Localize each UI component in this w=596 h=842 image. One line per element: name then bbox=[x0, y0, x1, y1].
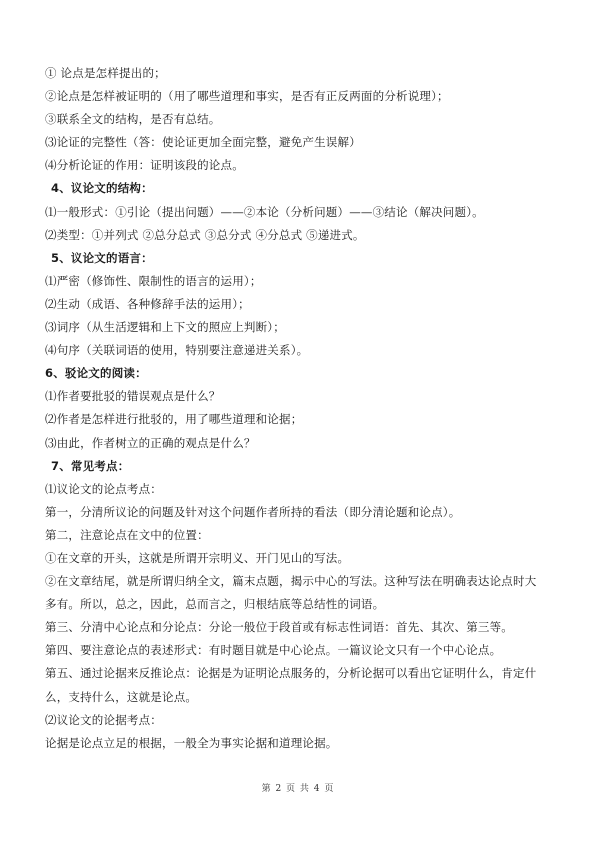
section-heading-structure: 4、议论文的结构： bbox=[45, 177, 555, 200]
list-item: ⑵类型：①并列式 ②总分总式 ③总分式 ④分总式 ⑤递进式。 bbox=[45, 224, 555, 247]
list-item: ⑴严密（修饰性、限制性的语言的运用）； bbox=[45, 270, 555, 293]
section-heading-language: 5、议论文的语言： bbox=[45, 247, 555, 270]
list-item: ⑵议论文的论据考点： bbox=[45, 709, 555, 732]
list-item: ⑴作者要批驳的错误观点是什么？ bbox=[45, 385, 555, 408]
list-item: ⑵生动（成语、各种修辞手法的运用）； bbox=[45, 293, 555, 316]
page-footer: 第 2 页 共 4 页 bbox=[0, 781, 596, 794]
section-heading-exam-points: 7、常见考点： bbox=[45, 455, 555, 478]
list-item: ⑴议论文的论点考点： bbox=[45, 478, 555, 501]
document-body: ① 论点是怎样提出的； ②论点是怎样被证明的（用了哪些道理和事实，是否有正反两面… bbox=[45, 62, 555, 755]
paragraph: 第五、通过论据来反推论点：论据是为证明论点服务的，分析论据可以看出它证明什么，肯… bbox=[45, 662, 555, 685]
list-item: ⑷句序（关联词语的使用，特别要注意递进关系）。 bbox=[45, 339, 555, 362]
list-item: ⑶词序（从生活逻辑和上下文的照应上判断）； bbox=[45, 316, 555, 339]
paragraph: ②在文章结尾，就是所谓归纳全文，篇末点题，揭示中心的写法。这种写法在明确表达论点… bbox=[45, 570, 555, 593]
list-item: ③联系全文的结构，是否有总结。 bbox=[45, 108, 555, 131]
list-item: ⑶由此，作者树立的正确的观点是什么？ bbox=[45, 432, 555, 455]
list-item: ① 论点是怎样提出的； bbox=[45, 62, 555, 85]
paragraph: ①在文章的开头，这就是所谓开宗明义、开门见山的写法。 bbox=[45, 547, 555, 570]
paragraph: 第二，注意论点在文中的位置： bbox=[45, 524, 555, 547]
list-item: ⑷分析论证的作用：证明该段的论点。 bbox=[45, 154, 555, 177]
paragraph: 么，支持什么，这就是论点。 bbox=[45, 686, 555, 709]
list-item: ⑶论证的完整性（答：使论证更加全面完整，避免产生误解） bbox=[45, 131, 555, 154]
paragraph: 论据是论点立足的根据，一般全为事实论据和道理论据。 bbox=[45, 732, 555, 755]
list-item: ②论点是怎样被证明的（用了哪些道理和事实，是否有正反两面的分析说理）； bbox=[45, 85, 555, 108]
paragraph: 第三、分清中心论点和分论点：分论一般位于段首或有标志性词语：首先、其次、第三等。 bbox=[45, 616, 555, 639]
paragraph: 第四、要注意论点的表述形式：有时题目就是中心论点。一篇议论文只有一个中心论点。 bbox=[45, 639, 555, 662]
paragraph: 多有。所以，总之，因此，总而言之，归根结底等总结性的词语。 bbox=[45, 593, 555, 616]
section-heading-refutation: 6、驳论文的阅读： bbox=[45, 362, 555, 385]
list-item: ⑴一般形式：①引论（提出问题）——②本论（分析问题）——③结论（解决问题）。 bbox=[45, 201, 555, 224]
paragraph: 第一，分清所议论的问题及针对这个问题作者所持的看法（即分清论题和论点）。 bbox=[45, 501, 555, 524]
list-item: ⑵作者是怎样进行批驳的，用了哪些道理和论据； bbox=[45, 408, 555, 431]
